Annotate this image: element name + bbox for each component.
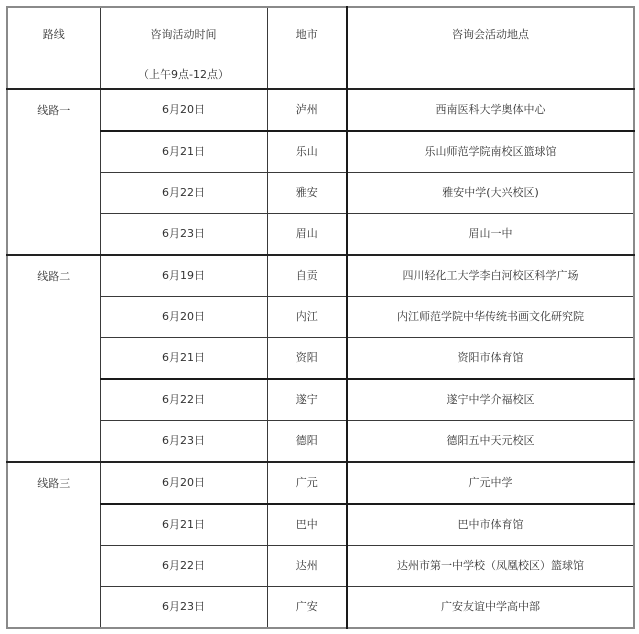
- date-cell: 6月23日: [100, 421, 267, 463]
- date-cell: 6月20日: [100, 297, 267, 338]
- venue-cell: 四川轻化工大学李白河校区科学广场: [347, 255, 634, 297]
- table-row: 6月21日 乐山 乐山师范学院南校区篮球馆: [7, 131, 634, 173]
- city-cell: 雅安: [267, 173, 347, 214]
- venue-cell: 雅安中学(大兴校区): [347, 173, 634, 214]
- city-cell: 巴中: [267, 504, 347, 546]
- city-cell: 自贡: [267, 255, 347, 297]
- route-cell: 线路一: [7, 89, 100, 255]
- city-cell: 遂宁: [267, 379, 347, 421]
- date-cell: 6月21日: [100, 131, 267, 173]
- date-cell: 6月21日: [100, 504, 267, 546]
- consultation-schedule-table: 路线 咨询活动时间 （上午9点-12点） 地市 咨询会活动地点 线路一 6月20…: [6, 6, 635, 629]
- venue-cell: 广元中学: [347, 462, 634, 504]
- city-cell: 泸州: [267, 89, 347, 131]
- table-row: 6月23日 眉山 眉山一中: [7, 214, 634, 256]
- table-row: 6月23日 德阳 德阳五中天元校区: [7, 421, 634, 463]
- venue-cell: 内江师范学院中华传统书画文化研究院: [347, 297, 634, 338]
- table-row: 线路一 6月20日 泸州 西南医科大学奥体中心: [7, 89, 634, 131]
- city-cell: 内江: [267, 297, 347, 338]
- venue-cell: 眉山一中: [347, 214, 634, 256]
- venue-cell: 广安友谊中学高中部: [347, 587, 634, 629]
- table-row: 6月23日 广安 广安友谊中学高中部: [7, 587, 634, 629]
- date-cell: 6月20日: [100, 89, 267, 131]
- header-time-title: 咨询活动时间: [101, 28, 267, 42]
- city-cell: 德阳: [267, 421, 347, 463]
- city-cell: 眉山: [267, 214, 347, 256]
- city-cell: 乐山: [267, 131, 347, 173]
- city-cell: 广元: [267, 462, 347, 504]
- date-cell: 6月20日: [100, 462, 267, 504]
- header-city: 地市: [267, 7, 347, 89]
- date-cell: 6月22日: [100, 379, 267, 421]
- city-cell: 达州: [267, 546, 347, 587]
- table-row: 6月22日 雅安 雅安中学(大兴校区): [7, 173, 634, 214]
- header-row: 路线 咨询活动时间 （上午9点-12点） 地市 咨询会活动地点: [7, 7, 634, 89]
- city-cell: 资阳: [267, 338, 347, 380]
- venue-cell: 达州市第一中学校（凤凰校区）篮球馆: [347, 546, 634, 587]
- table-row: 6月20日 内江 内江师范学院中华传统书画文化研究院: [7, 297, 634, 338]
- city-cell: 广安: [267, 587, 347, 629]
- table-row: 线路二 6月19日 自贡 四川轻化工大学李白河校区科学广场: [7, 255, 634, 297]
- table-row: 6月21日 资阳 资阳市体育馆: [7, 338, 634, 380]
- table-row: 6月22日 达州 达州市第一中学校（凤凰校区）篮球馆: [7, 546, 634, 587]
- venue-cell: 遂宁中学介福校区: [347, 379, 634, 421]
- table-row: 线路三 6月20日 广元 广元中学: [7, 462, 634, 504]
- date-cell: 6月19日: [100, 255, 267, 297]
- venue-cell: 资阳市体育馆: [347, 338, 634, 380]
- date-cell: 6月23日: [100, 587, 267, 629]
- venue-cell: 德阳五中天元校区: [347, 421, 634, 463]
- header-route: 路线: [7, 7, 100, 89]
- venue-cell: 乐山师范学院南校区篮球馆: [347, 131, 634, 173]
- route-cell: 线路二: [7, 255, 100, 462]
- table-row: 6月21日 巴中 巴中市体育馆: [7, 504, 634, 546]
- date-cell: 6月23日: [100, 214, 267, 256]
- header-venue: 咨询会活动地点: [347, 7, 634, 89]
- table-row: 6月22日 遂宁 遂宁中学介福校区: [7, 379, 634, 421]
- date-cell: 6月21日: [100, 338, 267, 380]
- date-cell: 6月22日: [100, 173, 267, 214]
- venue-cell: 西南医科大学奥体中心: [347, 89, 634, 131]
- venue-cell: 巴中市体育馆: [347, 504, 634, 546]
- header-time: 咨询活动时间 （上午9点-12点）: [100, 7, 267, 89]
- date-cell: 6月22日: [100, 546, 267, 587]
- route-cell: 线路三: [7, 462, 100, 628]
- header-time-range: （上午9点-12点）: [101, 68, 267, 82]
